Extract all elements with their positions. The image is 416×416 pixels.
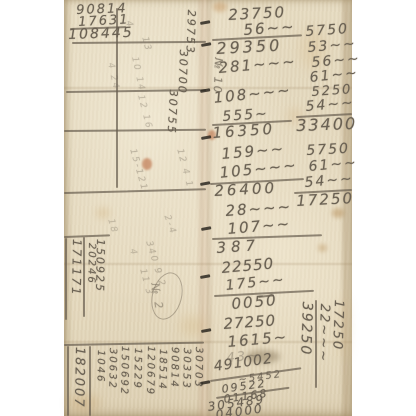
paper-stain	[96, 208, 110, 218]
handwritten-number: 171171	[70, 239, 83, 297]
binding-stitch	[200, 380, 210, 384]
photographed-ledger-page: 908141763110844529753307003075541310 144…	[0, 0, 416, 416]
pencil-rule-line	[65, 238, 67, 320]
handwritten-number: 30700	[176, 50, 189, 95]
handwritten-number: 30632	[106, 348, 117, 390]
paper-stain	[180, 316, 206, 336]
handwritten-number: 18514	[156, 349, 167, 391]
handwritten-number: 1046	[94, 350, 105, 384]
binding-stitch	[201, 42, 211, 46]
paper-stain	[213, 2, 227, 12]
handwritten-number: 1615~	[227, 330, 289, 350]
binding-stitch	[200, 20, 210, 24]
handwritten-number: 12 16	[135, 94, 152, 131]
handwriting-layer: 908141763110844529753307003075541310 144…	[0, 0, 416, 416]
binding-stitch	[200, 274, 210, 278]
pencil-rule-line	[64, 234, 110, 237]
handwritten-number: 18	[105, 218, 118, 235]
binding-stitch	[200, 181, 210, 185]
paper-stain	[318, 244, 327, 252]
pencil-rule-line	[64, 129, 206, 132]
paper-crease	[64, 262, 352, 266]
circle-annotation	[147, 269, 188, 323]
handwritten-number: 54~~	[305, 96, 355, 114]
handwritten-number: 39250	[298, 302, 314, 357]
handwritten-number: 17250	[296, 191, 354, 209]
pencil-rule-line	[89, 346, 91, 416]
handwritten-number: 120679	[144, 346, 155, 396]
handwritten-number: 30353	[180, 348, 191, 390]
handwritten-number: 4	[127, 248, 137, 257]
pencil-rule-line	[67, 346, 69, 416]
handwritten-number: 17250	[330, 300, 345, 352]
handwritten-number: 182007	[72, 347, 86, 409]
handwritten-number: 22~~~	[316, 304, 331, 364]
handwritten-number: 26400	[214, 181, 277, 199]
handwritten-number: 0050	[231, 293, 278, 312]
handwritten-number: 90814	[168, 347, 179, 389]
binding-stitch	[200, 88, 210, 92]
binding-stitch	[201, 328, 211, 332]
paper-stain	[142, 158, 152, 170]
handwritten-number: 13	[139, 36, 152, 53]
handwritten-number: 33400	[296, 116, 357, 134]
binding-stitch	[201, 226, 211, 230]
handwritten-number: 20246	[85, 243, 96, 285]
margin-number-label: № 10	[212, 58, 224, 95]
paper-stain	[332, 208, 344, 218]
handwritten-number: 107~~	[227, 216, 292, 237]
handwritten-number: 15-121	[127, 148, 148, 193]
handwritten-number: 150692	[118, 346, 129, 396]
handwritten-number: 2-4	[162, 214, 178, 237]
handwritten-number: 29753	[184, 10, 197, 55]
handwritten-number: 4	[123, 20, 133, 29]
handwritten-number: 281~~~	[218, 54, 297, 76]
handwritten-number: 30755	[166, 89, 179, 135]
handwritten-number: 16350	[212, 122, 276, 141]
handwritten-number: 54~~	[304, 172, 354, 190]
handwritten-number: 387	[216, 238, 261, 256]
handwritten-number: 12 4 1	[174, 148, 193, 190]
handwritten-number: 15229	[131, 348, 142, 390]
